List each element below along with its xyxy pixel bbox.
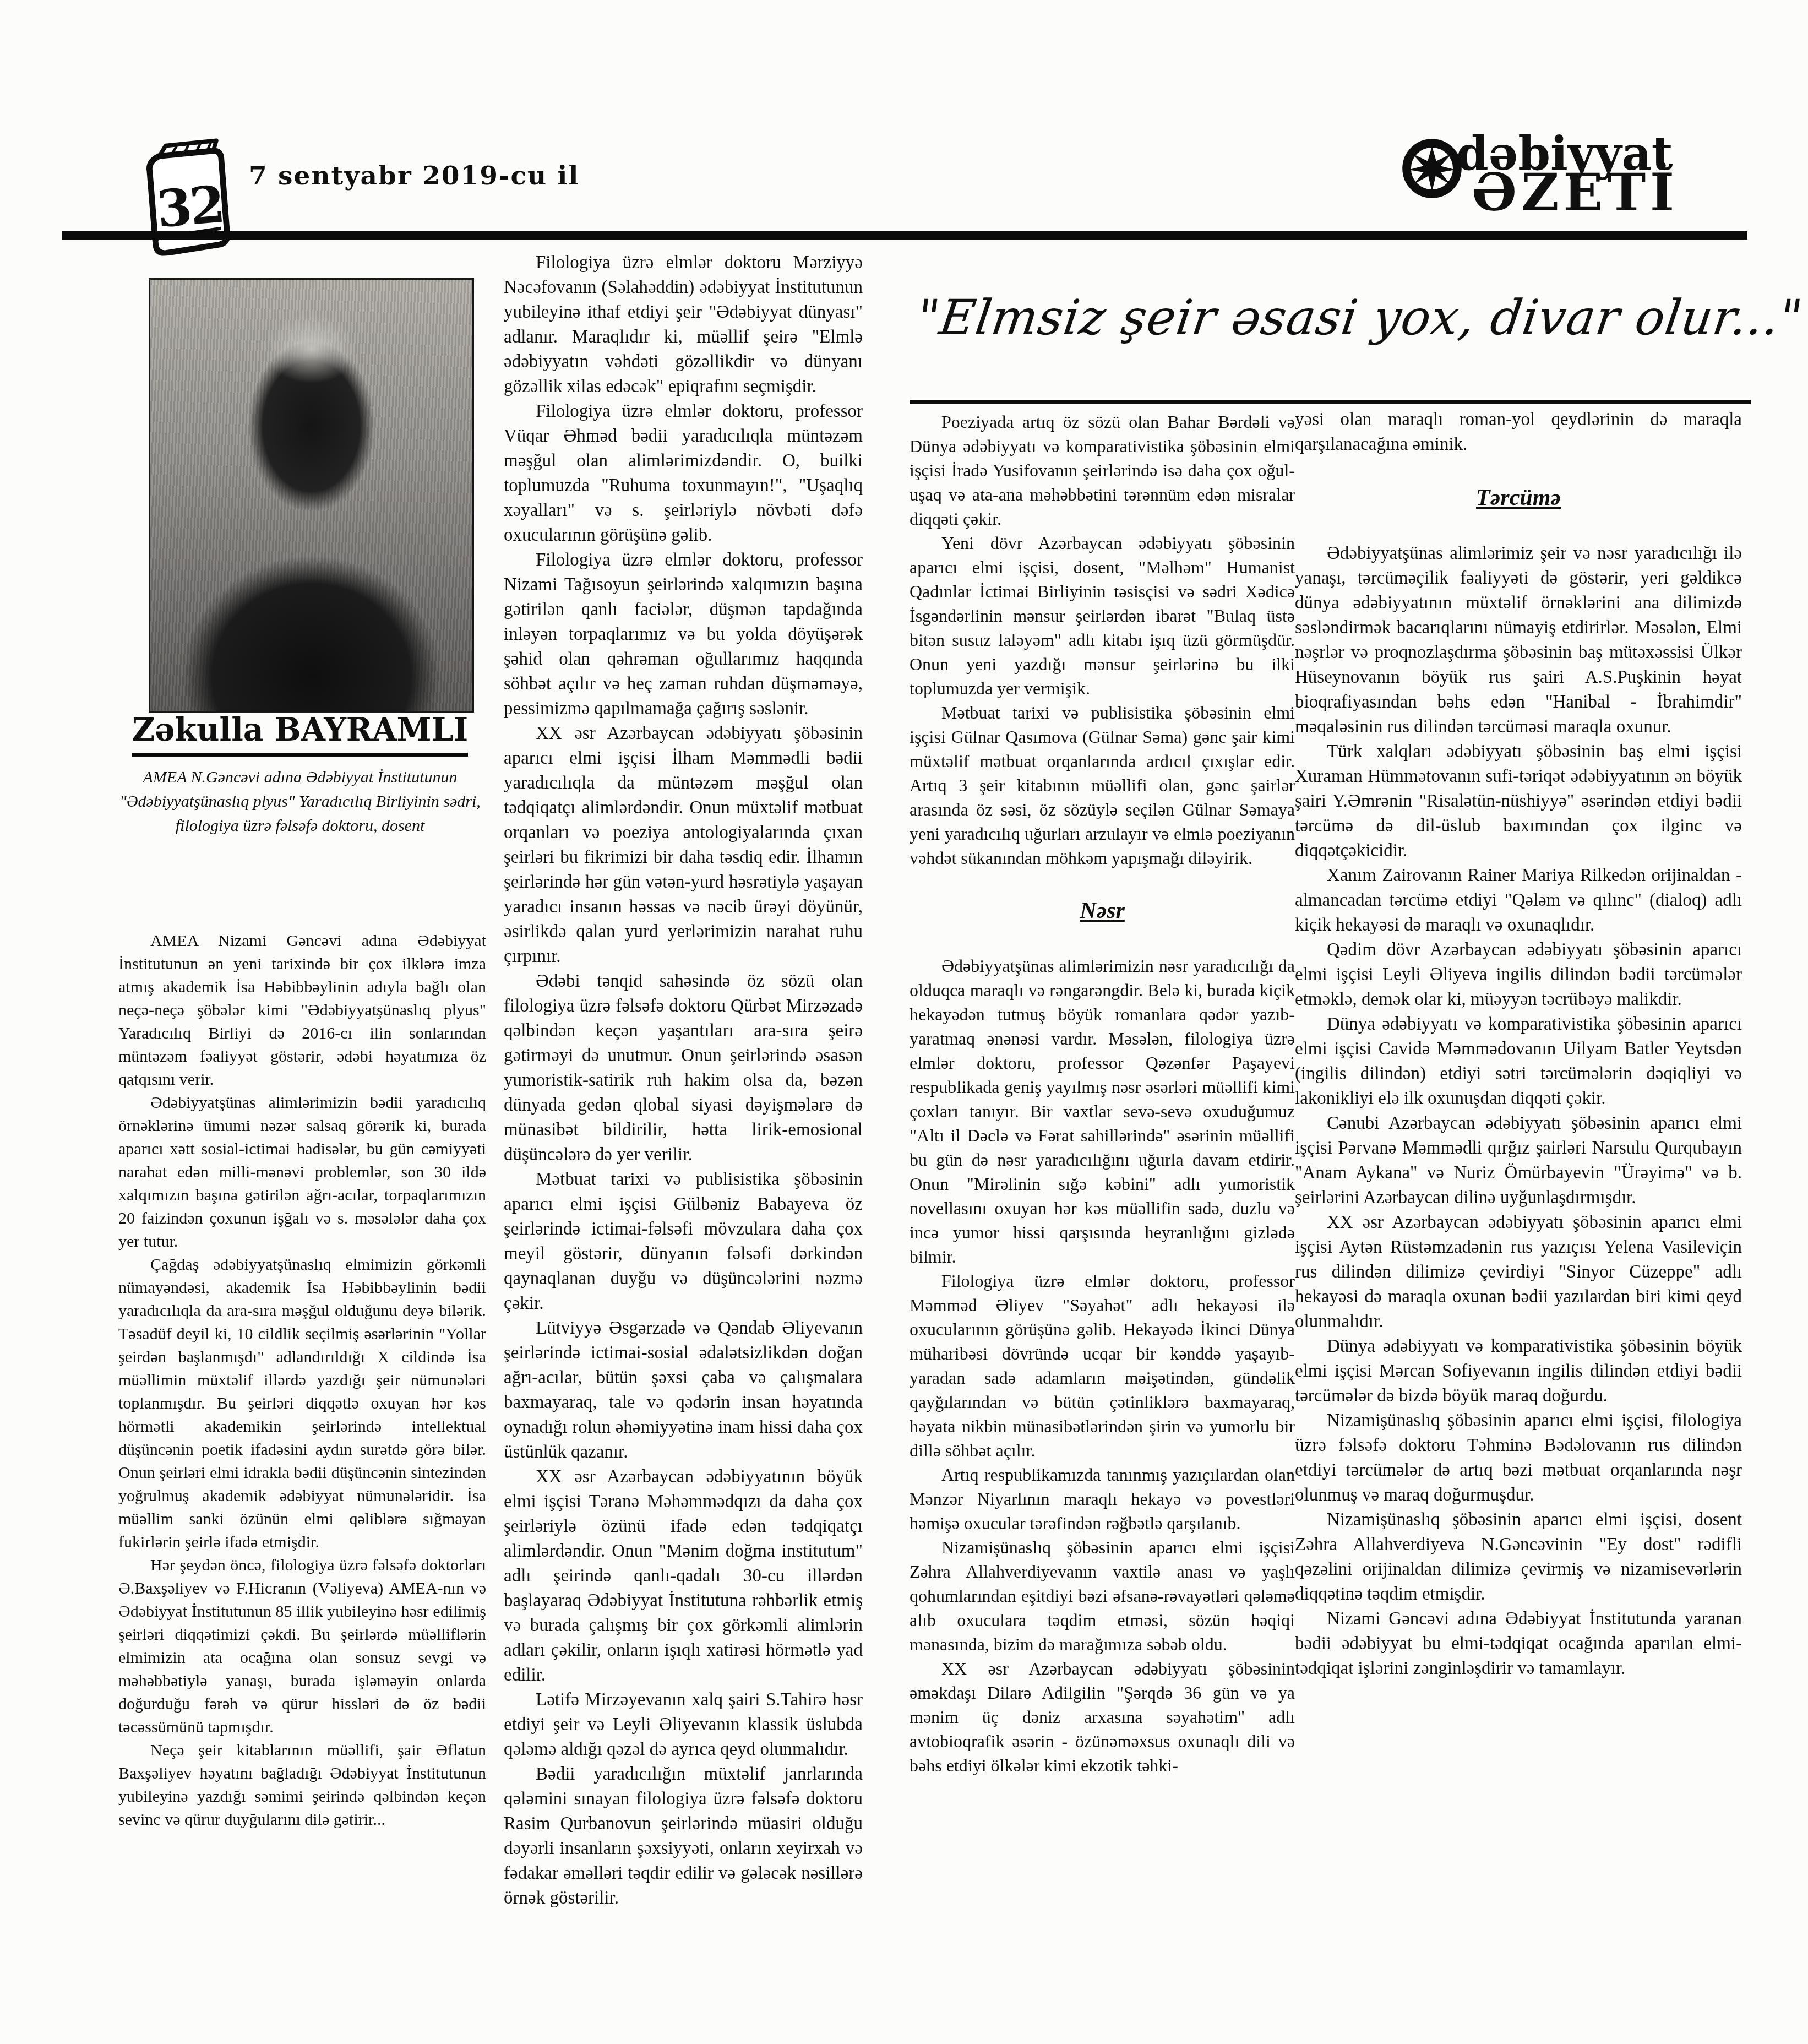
article-headline: "Elmsiz şeir əsasi yox, divar olur..." (907, 249, 1758, 392)
text-column-4: yəsi olan maraqlı roman-yol qeydlərinin … (1295, 407, 1742, 1681)
paragraph: Ədəbiyyatşünas alimlərimiz şeir və nəsr … (1295, 541, 1742, 740)
paragraph: XX əsr Azərbaycan ədəbiyyatının böyük el… (504, 1465, 863, 1688)
paragraph: Filologiya üzrə elmlər doktoru, professo… (910, 1269, 1295, 1463)
paragraph: Mətbuat tarixi və publisistika şöbəsinin… (910, 700, 1295, 870)
section-subheading: Nəsr (910, 899, 1295, 923)
paragraph: Nizamişünaslıq şöbəsinin aparıcı elmi iş… (1295, 1508, 1742, 1607)
paragraph: Hər şeydən öncə, filologiya üzrə fəlsəfə… (118, 1554, 486, 1739)
paragraph: XX əsr Azərbaycan ədəbiyyatı şöbəsinin ə… (910, 1656, 1295, 1777)
paragraph: Lütviyyə Əsgərzadə və Qəndab Əliyevanın … (504, 1316, 863, 1465)
paragraph: Artıq respublikamızda tanınmış yazıçılar… (910, 1463, 1295, 1535)
paragraph: Qədim dövr Azərbaycan ədəbiyyatı şöbəsin… (1295, 938, 1742, 1012)
paragraph: Türk xalqları ədəbiyyatı şöbəsinin baş e… (1295, 740, 1742, 863)
paragraph: Mətbuat tarixi və publisistika şöbəsinin… (504, 1167, 863, 1316)
paragraph: Filologiya üzrə elmlər doktoru Mərziyyə … (504, 251, 863, 399)
paragraph: Nizami Gəncəvi adına Ədəbiyyat İnstitutu… (1295, 1607, 1742, 1681)
masthead-title-line2: ƏZETİ (1472, 166, 1753, 219)
text-column-3: Poeziyada artıq öz sözü olan Bahar Bərdə… (910, 410, 1295, 1777)
paragraph: Çağdaş ədəbiyyatşünaslıq elmimizin görkə… (118, 1253, 486, 1554)
paragraph: Filologiya üzrə elmlər doktoru, professo… (504, 548, 863, 721)
paragraph: AMEA Nizami Gəncəvi adına Ədəbiyyat İnst… (118, 929, 486, 1091)
paragraph: Dünya ədəbiyyatı və komparativistika şöb… (1295, 1012, 1742, 1111)
paragraph: XX əsr Azərbaycan ədəbiyyatı şöbəsinin a… (1295, 1210, 1742, 1334)
masthead: dəbiyyat ƏZETİ (1401, 130, 1753, 219)
issue-date: 7 sentyabr 2019-cu il (249, 161, 579, 191)
author-name: Zəkulla BAYRAMLI (132, 711, 469, 757)
paragraph: Xanım Zairovanın Rainer Mariya Rilkedən … (1295, 863, 1742, 938)
section-subheading: Tərcümə (1295, 486, 1742, 510)
paragraph: Poeziyada artıq öz sözü olan Bahar Bərdə… (910, 410, 1295, 531)
paragraph: XX əsr Azərbaycan ədəbiyyatı şöbəsinin a… (504, 721, 863, 969)
author-title: AMEA N.Gəncəvi adına Ədəbiyyat İnstitutu… (109, 765, 491, 838)
header-rule (62, 231, 1747, 240)
paragraph: Filologiya üzrə elmlər doktoru, professo… (504, 399, 863, 548)
paragraph: Yeni dövr Azərbaycan ədəbiyyatı şöbəsini… (910, 531, 1295, 700)
portrait-photo (149, 278, 474, 713)
paragraph-continuation: yəsi olan maraqlı roman-yol qeydlərinin … (1295, 407, 1742, 457)
paragraph: Dünya ədəbiyyatı və komparativistika şöb… (1295, 1334, 1742, 1409)
masthead-star-icon (1401, 138, 1463, 199)
headline-underline-rule (910, 400, 1751, 404)
paragraph: Neçə şeir kitablarının müəllifi, şair Əf… (118, 1739, 486, 1831)
paragraph: Lətifə Mirzəyevanın xalq şairi S.Tahirə … (504, 1688, 863, 1762)
paragraph: Ədəbi tənqid sahəsində öz sözü olan filo… (504, 969, 863, 1167)
author-block: Zəkulla BAYRAMLI (113, 711, 487, 757)
paragraph: Nizamişünaslıq şöbəsinin aparıcı elmi iş… (1295, 1409, 1742, 1508)
paragraph: Ədəbiyyatşünas alimlərimizin nəsr yaradı… (910, 954, 1295, 1269)
text-column-1: AMEA Nizami Gəncəvi adına Ədəbiyyat İnst… (118, 929, 486, 1831)
paragraph: Cənubi Azərbaycan ədəbiyyatı şöbəsinin a… (1295, 1111, 1742, 1210)
paragraph: Bədii yaradıcılığın müxtəlif janrlarında… (504, 1762, 863, 1911)
text-column-2: Filologiya üzrə elmlər doktoru Mərziyyə … (504, 251, 863, 1911)
paragraph: Nizamişünaslıq şöbəsinin aparıcı elmi iş… (910, 1535, 1295, 1656)
paragraph: Ədəbiyyatşünas alimlərimizin bədii yarad… (118, 1091, 486, 1253)
page-number: 32 (154, 175, 220, 239)
